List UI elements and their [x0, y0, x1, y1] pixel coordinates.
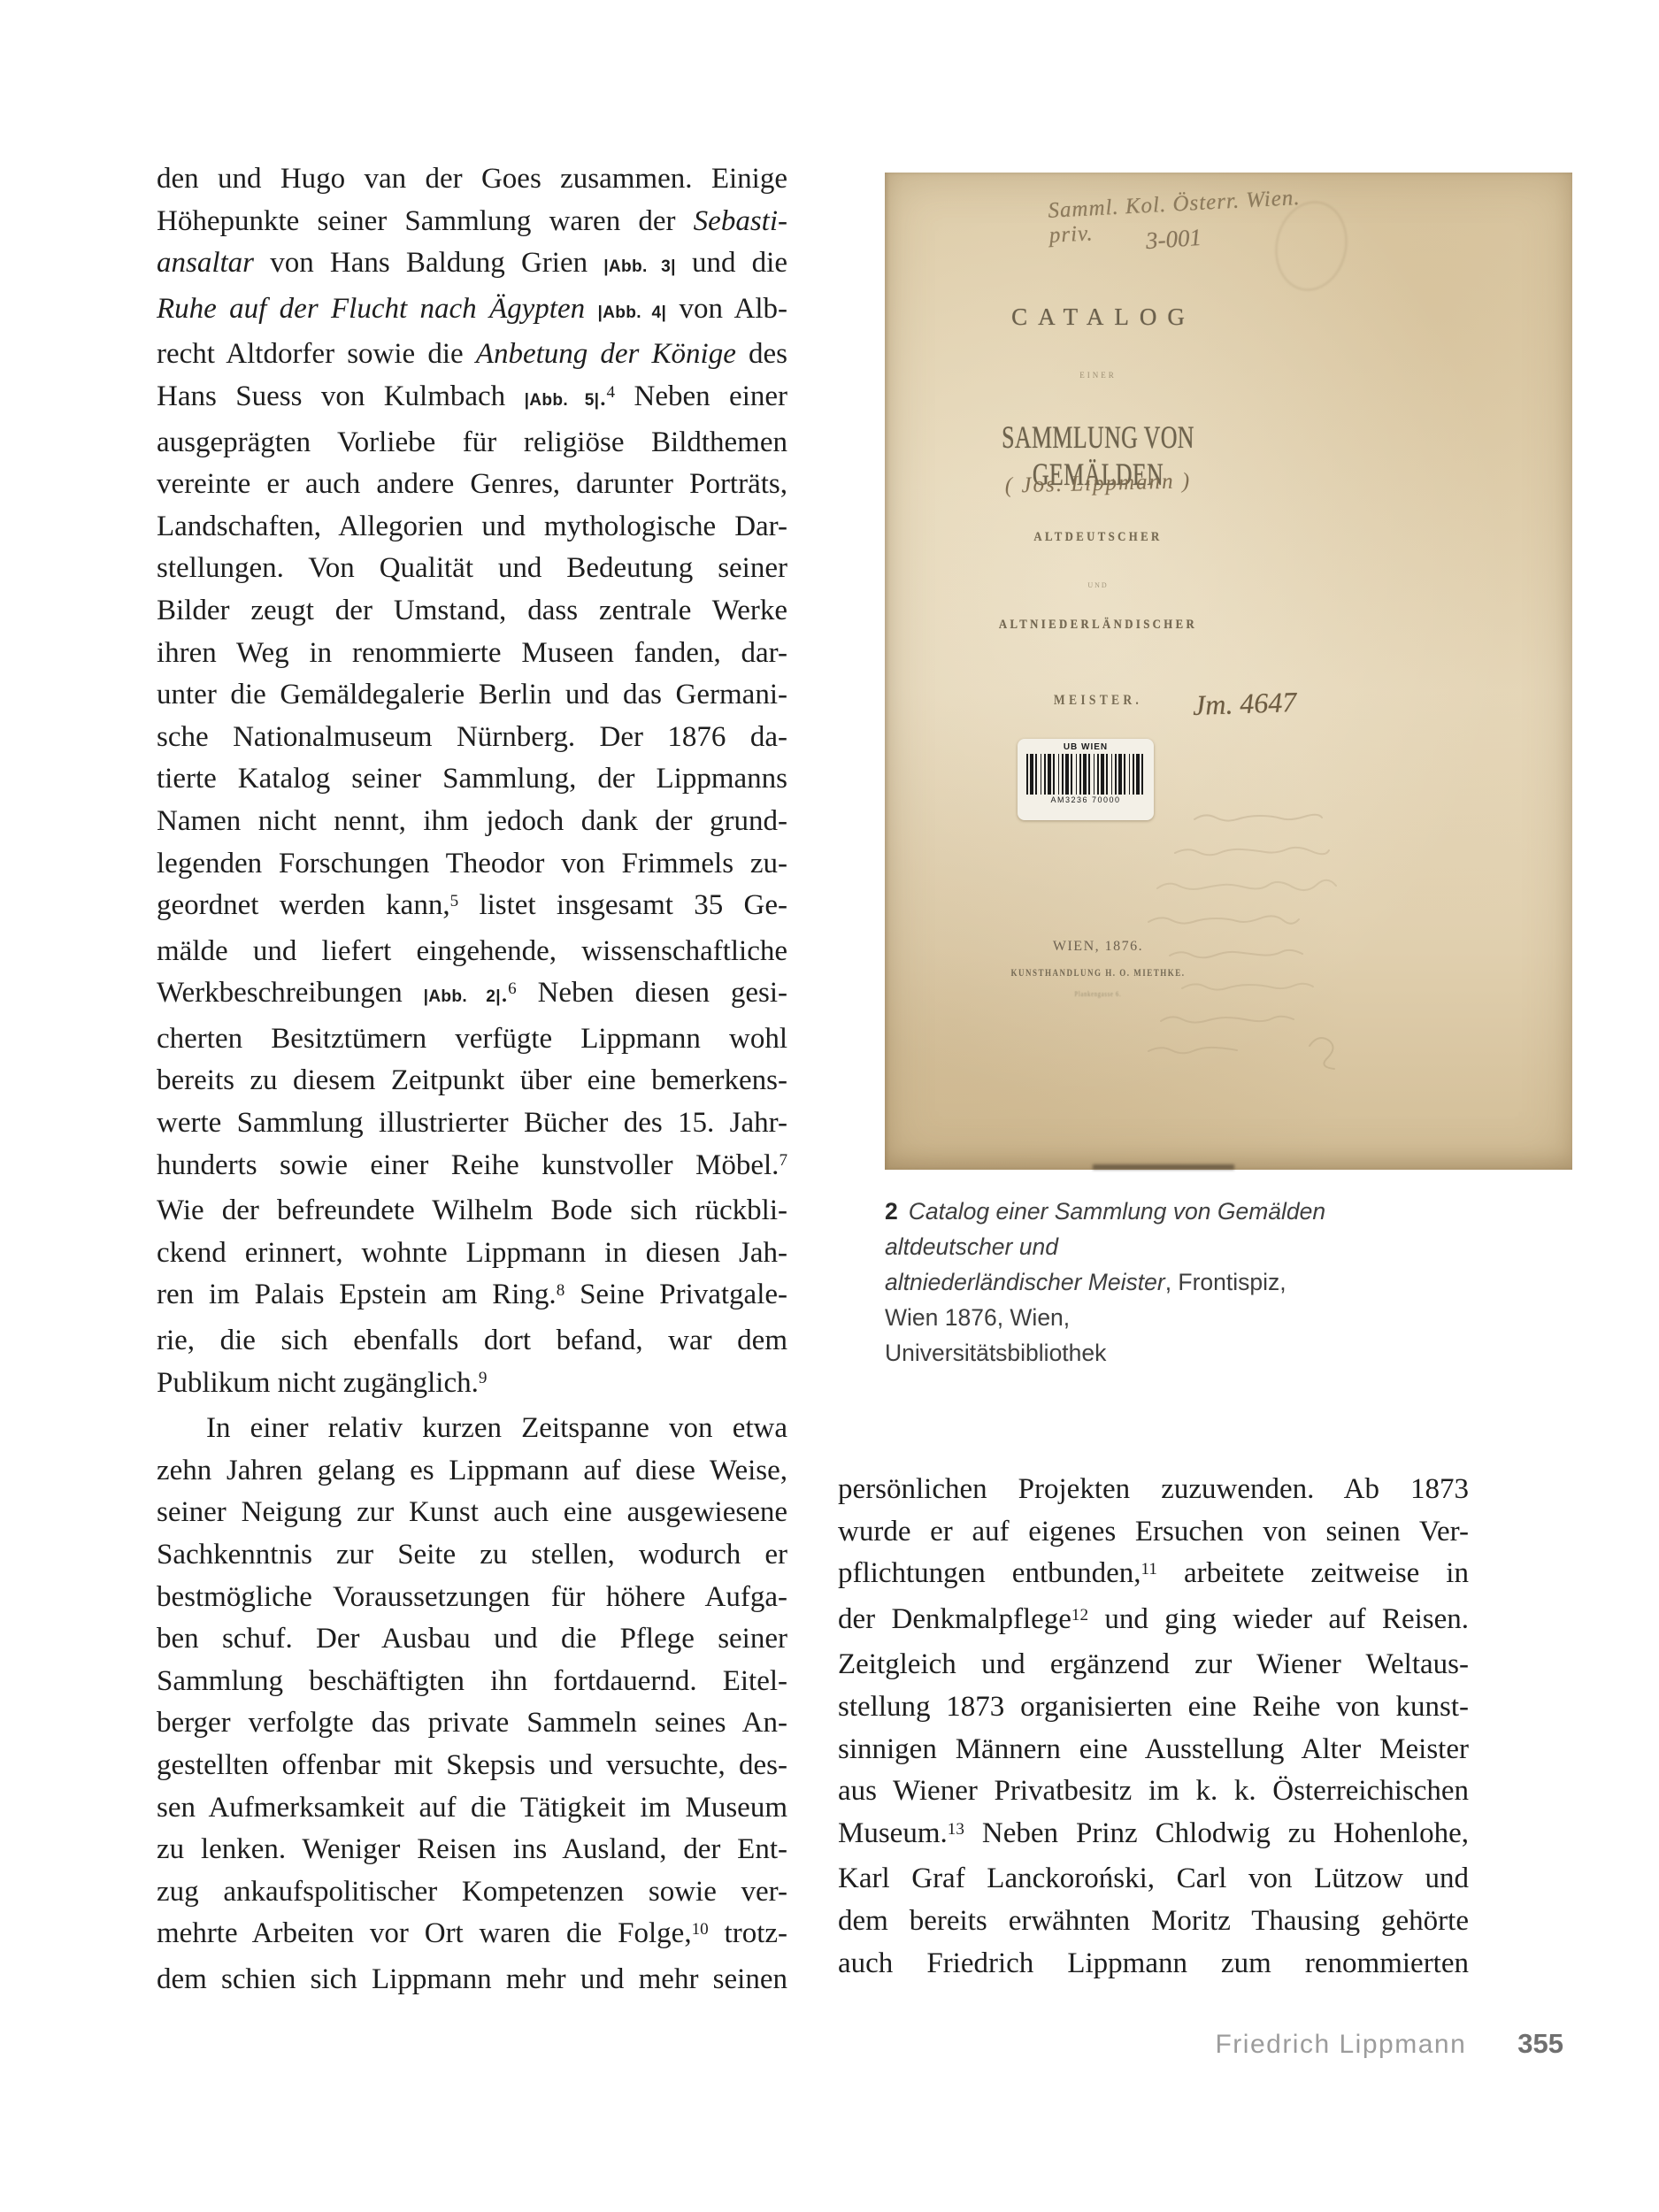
text-line: Museum.13 Neben Prinz Chlodwig zu Hohenl… — [838, 1813, 1469, 1859]
text-line: bereits zu diesem Zeitpunkt über eine be… — [157, 1060, 787, 1102]
text-line: stellung 1873 organisierten eine Reihe v… — [838, 1686, 1469, 1729]
page-edge-shadow — [1093, 1164, 1234, 1170]
figure-plate-catalog-frontispiece: Samml. Kol. Österr. Wien. priv. 3-001 CA… — [885, 173, 1572, 1170]
text-line: sen Aufmerksamkeit auf die Tätigkeit im … — [157, 1787, 787, 1830]
page-number: 355 — [1517, 2028, 1563, 2060]
text-line: zehn Jahren gelang es Lippmann auf diese… — [157, 1450, 787, 1493]
text-line: rie, die sich ebenfalls dort befand, war… — [157, 1320, 787, 1363]
text-line: dem schien sich Lippmann mehr und mehr s… — [157, 1959, 787, 2001]
text-line: auch Friedrich Lippmann zum renommierten — [838, 1943, 1469, 1985]
text-line: der Denkmalpflege12 und ging wieder auf … — [838, 1599, 1469, 1645]
text-line: bestmögliche Voraussetzungen für höhere … — [157, 1577, 787, 1619]
plate-line-altdeutscher: ALTDEUTSCHER — [917, 530, 1279, 545]
text-line: ihren Weg in renommierte Museen fanden, … — [157, 633, 787, 675]
handwritten-shelfmark-line2: 3-001 — [1145, 224, 1202, 255]
text-line: geordnet werden kann,5 listet insgesamt … — [157, 885, 787, 931]
text-line: unter die Gemäldegalerie Berlin und das … — [157, 674, 787, 717]
text-line: zu lenken. Weniger Reisen ins Ausland, d… — [157, 1829, 787, 1871]
text-line: Wie der befreundete Wilhelm Bode sich rü… — [157, 1190, 787, 1233]
plate-line-altniederlaendischer: ALTNIEDERLÄNDISCHER — [917, 618, 1279, 633]
text-line: werte Sammlung illustrierter Bücher des … — [157, 1102, 787, 1145]
text-line: ausgeprägten Vorliebe für religiöse Bild… — [157, 422, 787, 465]
text-line: dem bereits erwähnten Moritz Thausing ge… — [838, 1901, 1469, 1943]
text-line: zug ankaufspolitischer Kompetenzen sowie… — [157, 1871, 787, 1914]
text-line: altniederländischer Meister, Frontispiz,… — [885, 1264, 1345, 1335]
text-line: gestellten offenbar mit Skepsis und vers… — [157, 1745, 787, 1787]
barcode-bars-icon — [1026, 754, 1145, 795]
text-line: ansaltar von Hans Baldung Grien |Abb. 3|… — [157, 242, 787, 288]
text-line: Landschaften, Allegorien und mythologisc… — [157, 506, 787, 549]
plate-title-catalog: CATALOG — [885, 303, 1311, 331]
text-line: Universitätsbibliothek — [885, 1335, 1345, 1371]
text-line: pflichtungen entbunden,11 arbeitete zeit… — [838, 1553, 1469, 1599]
barcode-label: UB WIEN — [1018, 739, 1154, 752]
text-line: sinnigen Männern eine Ausstellung Alter … — [838, 1729, 1469, 1771]
text-line: Höhepunkte seiner Sammlung waren der Seb… — [157, 201, 787, 243]
text-line: Sachkenntnis zur Seite zu stellen, wodur… — [157, 1534, 787, 1577]
text-line: tierte Katalog seiner Sammlung, der Lipp… — [157, 758, 787, 801]
text-line: Hans Suess von Kulmbach |Abb. 5|.4 Neben… — [157, 376, 787, 422]
text-line: Publikum nicht zugänglich.9 — [157, 1363, 787, 1409]
handwritten-pencil-notes — [1141, 805, 1376, 1071]
text-line: Werkbeschreibungen |Abb. 2|.6 Neben dies… — [157, 972, 787, 1018]
text-line: ren im Palais Epstein am Ring.8 Seine Pr… — [157, 1274, 787, 1320]
body-column-left: den und Hugo van der Goes zusammen. Eini… — [157, 158, 787, 2001]
book-page: den und Hugo van der Goes zusammen. Eini… — [0, 0, 1659, 2212]
plate-word-und: UND — [885, 581, 1311, 589]
text-line: Karl Graf Lanckoroński, Carl von Lützow … — [838, 1858, 1469, 1901]
text-line: stellungen. Von Qualität und Bedeutung s… — [157, 548, 787, 590]
text-line: aus Wiener Privatbesitz im k. k. Österre… — [838, 1770, 1469, 1813]
text-line: wurde er auf eigenes Ersuchen von seinen… — [838, 1511, 1469, 1554]
text-line: cherten Besitztümern verfügte Lippmann w… — [157, 1018, 787, 1061]
text-line: persönlichen Projekten zuzuwenden. Ab 18… — [838, 1469, 1469, 1511]
text-line: sche Nationalmuseum Nürnberg. Der 1876 d… — [157, 717, 787, 759]
text-line: Bilder zeugt der Umstand, dass zentrale … — [157, 590, 787, 633]
text-line: ben schuf. Der Ausbau und die Pflege sei… — [157, 1618, 787, 1661]
running-title: Friedrich Lippmann — [1215, 2030, 1466, 2060]
text-line: recht Altdorfer sowie die Anbetung der K… — [157, 334, 787, 376]
text-line: mälde und liefert eingehende, wissenscha… — [157, 931, 787, 973]
figure-caption: 2Catalog einer Sammlung von Gemälden alt… — [885, 1194, 1345, 1371]
body-column-right: persönlichen Projekten zuzuwenden. Ab 18… — [838, 1469, 1469, 1985]
text-line: In einer relativ kurzen Zeitspanne von e… — [157, 1408, 787, 1450]
text-line: hunderts sowie einer Reihe kunstvoller M… — [157, 1145, 787, 1191]
barcode-number: AM3236 70000 — [1018, 795, 1154, 804]
running-footer: Friedrich Lippmann 355 — [885, 2028, 1563, 2060]
text-line: Zeitgleich und ergänzend zur Wiener Welt… — [838, 1644, 1469, 1686]
text-line: den und Hugo van der Goes zusammen. Eini… — [157, 158, 787, 201]
text-line: Namen nicht nennt, ihm jedoch dank der g… — [157, 801, 787, 843]
library-barcode-sticker: UB WIEN AM3236 70000 — [1018, 739, 1154, 820]
text-line: Sammlung beschäftigten ihn fortdauernd. … — [157, 1661, 787, 1703]
text-line: seiner Neigung zur Kunst auch eine ausge… — [157, 1492, 787, 1534]
handwritten-inventory-number: Jm. 4647 — [1192, 686, 1297, 722]
text-line: mehrte Arbeiten vor Ort waren die Folge,… — [157, 1913, 787, 1959]
text-line: 2Catalog einer Sammlung von Gemälden alt… — [885, 1194, 1345, 1264]
text-line: berger verfolgte das private Sammeln sei… — [157, 1702, 787, 1745]
text-line: Ruhe auf der Flucht nach Ägypten |Abb. 4… — [157, 288, 787, 334]
text-line: legenden Forschungen Theodor von Frimmel… — [157, 843, 787, 886]
plate-word-einer: EINER — [885, 371, 1311, 380]
text-line: vereinte er auch andere Genres, darunter… — [157, 464, 787, 506]
text-line: ckend erinnert, wohnte Lippmann in diese… — [157, 1233, 787, 1275]
